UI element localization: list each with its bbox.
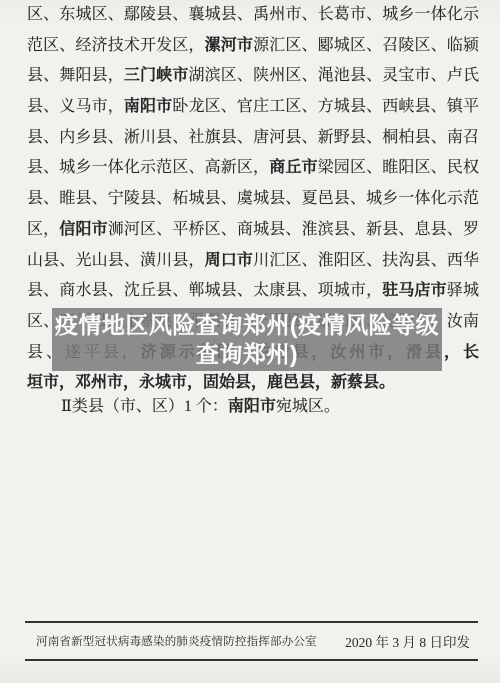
document-line: 范区、经济技术开发区，漯河市源汇区、郾城区、召陵区、临颍 xyxy=(27,31,479,62)
scanned-document-page: 区、东城区、鄢陵县、襄城县、禹州市、长葛市、城乡一体化示范区、经济技术开发区，漯… xyxy=(0,0,500,683)
text-segment: 宛城区。 xyxy=(276,398,340,415)
text-segment: 县、舞阳县， xyxy=(27,67,124,84)
document-line: 县、义马市，南阳市卧龙区、官庄工区、方城县、西峡县、镇平 xyxy=(27,92,479,123)
text-segment: 县、义马市， xyxy=(27,98,124,115)
prefecture-name: 漯河市 xyxy=(205,37,253,54)
prefecture-name: 三门峡市 xyxy=(124,67,189,84)
document-line: Ⅱ类县（市、区）1 个：南阳市宛城区。 xyxy=(27,392,479,423)
overlay-title-line1: 疫情地区风险查询郑州(疫情风险等级 xyxy=(55,311,439,340)
text-segment: 山县、光山县、潢川县， xyxy=(27,252,205,269)
document-line: 山县、光山县、潢川县，周口市川汇区、淮阳区、扶沟县、西华 xyxy=(27,246,479,277)
text-segment: 卧龙区、官庄工区、方城县、西峡县、镇平 xyxy=(172,98,479,115)
text-segment: 县、城乡一体化示范区、高新区， xyxy=(27,159,269,176)
prefecture-name: 周口市 xyxy=(205,252,253,269)
footer-print-date: 2020 年 3 月 8 日印发 xyxy=(345,631,470,651)
document-line: 县、城乡一体化示范区、高新区，商丘市梁园区、睢阳区、民权 xyxy=(27,153,479,184)
text-segment: 驿城 xyxy=(447,282,479,299)
overlay-title-line2: 查询郑州) xyxy=(196,340,298,369)
document-line: 区、东城区、鄢陵县、襄城县、禹州市、长葛市、城乡一体化示 xyxy=(27,0,479,31)
prefecture-name: 南阳市 xyxy=(124,98,172,115)
document-line: 区，信阳市浉河区、平桥区、商城县、淮滨县、新县、息县、罗 xyxy=(27,215,479,246)
document-line: 县、商水县、沈丘县、郸城县、太康县、项城市，驻马店市驿城 xyxy=(27,276,479,307)
document-line: 县、内乡县、淅川县、社旗县、唐河县、新野县、桐柏县、南召 xyxy=(27,123,479,154)
footer-top-rule xyxy=(25,621,478,623)
text-segment: 浉河区、平桥区、商城县、淮滨县、新县、息县、罗 xyxy=(108,221,479,238)
footer-issuer-text: 河南省新型冠状病毒感染的肺炎疫情防控指挥部办公室 xyxy=(36,633,317,649)
text-segment: 源汇区、郾城区、召陵区、临颍 xyxy=(253,37,479,54)
text-segment: 区、东城区、鄢陵县、襄城县、禹州市、长葛市、城乡一体化示 xyxy=(27,6,479,23)
prefecture-name: 南阳市 xyxy=(228,398,276,415)
text-segment: Ⅱ类县（市、区）1 个： xyxy=(61,398,228,415)
prefecture-name: 商丘市 xyxy=(269,159,317,176)
prefecture-name: 垣市，邓州市，永城市，固始县，鹿邑县，新蔡县。 xyxy=(27,374,395,391)
text-segment: 县、睢县、宁陵县、柘城县、虞城县、夏邑县、城乡一体化示范 xyxy=(27,190,479,207)
document-line: 县、睢县、宁陵县、柘城县、虞城县、夏邑县、城乡一体化示范 xyxy=(27,184,479,215)
text-segment: 县、商水县、沈丘县、郸城县、太康县、项城市， xyxy=(27,282,382,299)
text-segment: 湖滨区、陕州区、渑池县、灵宝市、卢氏 xyxy=(188,67,479,84)
document-line: 县、舞阳县，三门峡市湖滨区、陕州区、渑池县、灵宝市、卢氏 xyxy=(27,61,479,92)
text-segment: 县、内乡县、淅川县、社旗县、唐河县、新野县、桐柏县、南召 xyxy=(27,129,479,146)
prefecture-name: 信阳市 xyxy=(59,221,107,238)
text-segment: 川汇区、淮阳区、扶沟县、西华 xyxy=(253,252,479,269)
footer: 河南省新型冠状病毒感染的肺炎疫情防控指挥部办公室 2020 年 3 月 8 日印… xyxy=(25,625,478,657)
overlay-banner: 疫情地区风险查询郑州(疫情风险等级 查询郑州) xyxy=(52,308,442,371)
prefecture-name: 驻马店市 xyxy=(382,282,447,299)
text-segment: 范区、经济技术开发区， xyxy=(27,37,205,54)
text-segment: 区， xyxy=(27,221,59,238)
footer-bottom-rule xyxy=(25,659,478,661)
text-segment: 梁园区、睢阳区、民权 xyxy=(318,159,479,176)
